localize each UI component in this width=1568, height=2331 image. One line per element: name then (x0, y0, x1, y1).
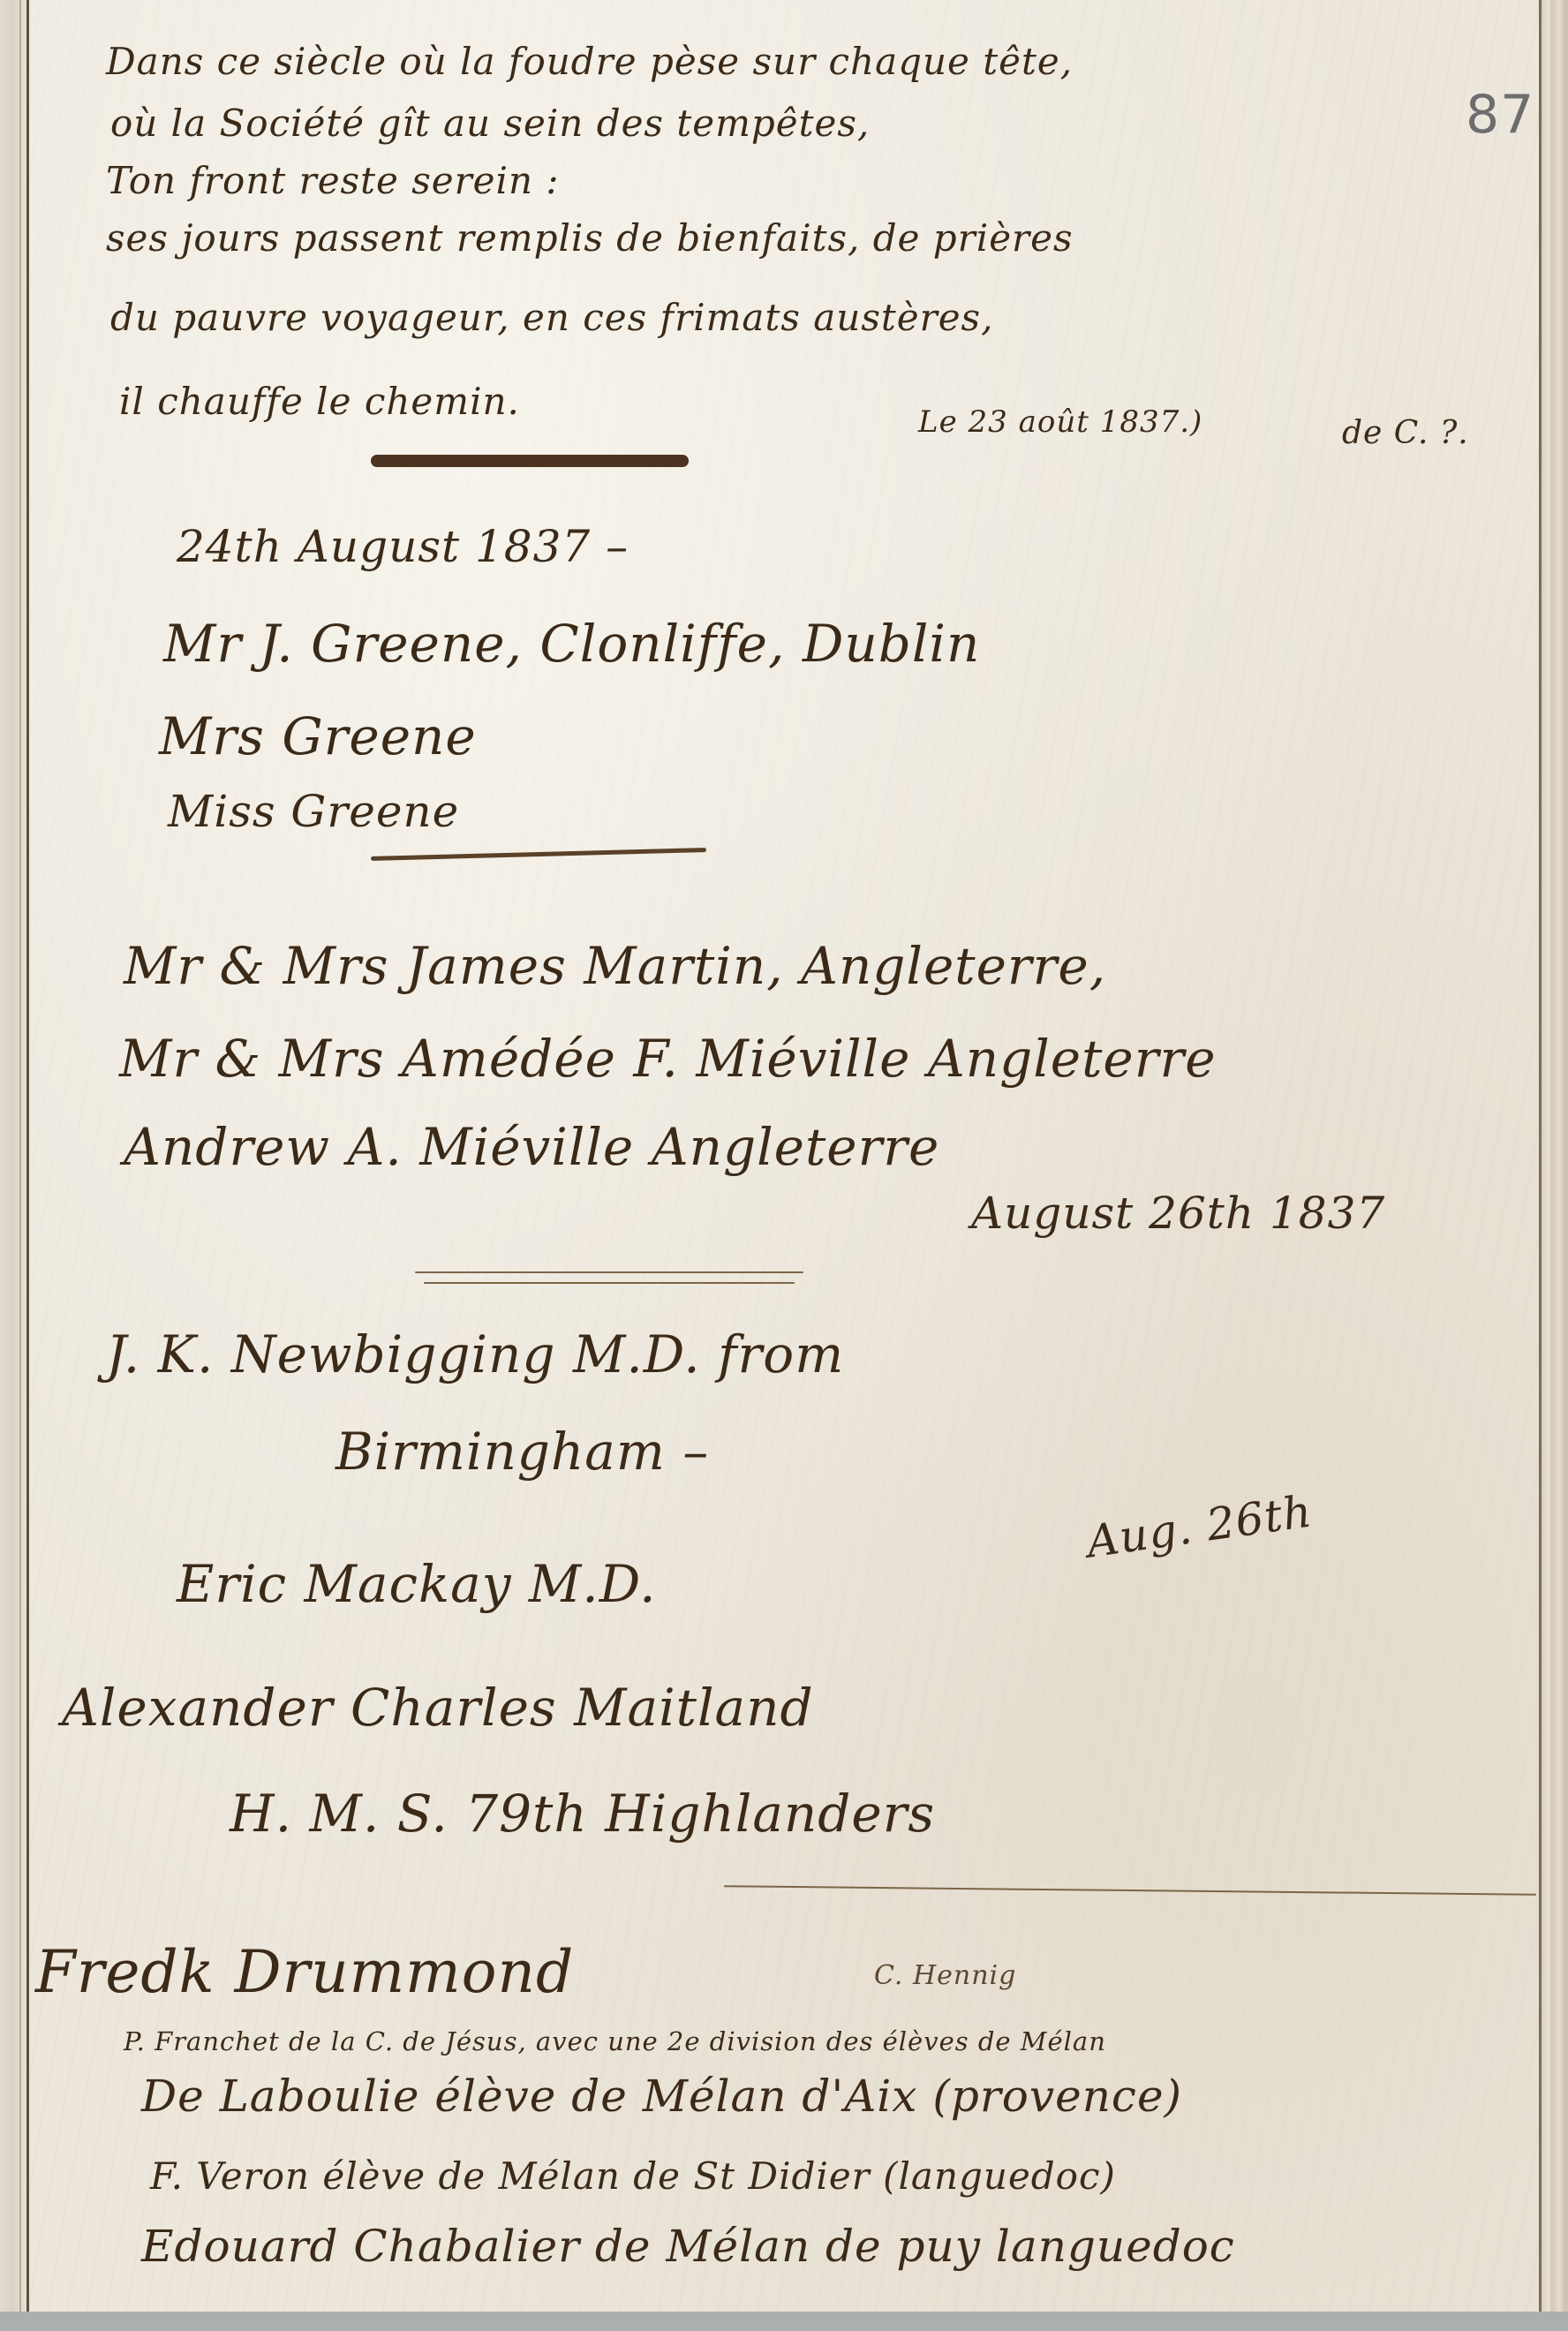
entry-2-divider-b (424, 1282, 795, 1284)
poem-line-5: du pauvre voyageur, en ces frimats austè… (110, 296, 993, 339)
entry-2-line-3: Andrew A. Miéville Angleterre (124, 1117, 939, 1177)
entry-7-line-2: De Laboulie élève de Mélan d'Aix (proven… (141, 2071, 1182, 2122)
entry-7-line-1: P. Franchet de la C. de Jésus, avec une … (124, 2026, 1106, 2056)
entry-1-line-2: Mrs Greene (159, 706, 477, 766)
entry-1-line-1: Mr J. Greene, Clonliffe, Dublin (163, 614, 980, 674)
poem-initials: de C. ?. (1342, 415, 1469, 451)
poem-line-2: où la Société gît au sein des tempêtes, (110, 102, 870, 145)
scan-background (0, 2312, 1568, 2331)
page-edges (1539, 0, 1568, 2313)
entry-1-divider (371, 848, 706, 861)
entry-5-line-2: H. M. S. 79th Highlanders (230, 1784, 935, 1844)
poem-line-4: ses jours passent remplis de bienfaits, … (106, 216, 1074, 260)
entry-4-date: Aug. 26th (1083, 1485, 1315, 1567)
entry-5-line-1: Alexander Charles Maitland (62, 1678, 814, 1738)
poem-divider (371, 455, 689, 467)
entry-3-line-2: Birmingham – (335, 1422, 709, 1482)
entry-2-divider (415, 1271, 803, 1273)
page-number: 87 (1466, 84, 1534, 146)
book-gutter (0, 0, 29, 2313)
entry-7-line-4: Edouard Chabalier de Mélan de puy langue… (141, 2221, 1235, 2272)
entry-7-line-3: F. Veron élève de Mélan de St Didier (la… (150, 2154, 1116, 2198)
entry-4-line-1: Eric Mackay M.D. (177, 1554, 657, 1614)
entry-6-annotation: C. Hennig (874, 1960, 1016, 1991)
entry-1-line-3: Miss Greene (168, 786, 459, 837)
poem-line-6: il chauffe le chemin. (119, 380, 520, 423)
entry-2-line-2: Mr & Mrs Amédée F. Miéville Angleterre (119, 1029, 1217, 1089)
entry-2-date: August 26th 1837 (971, 1188, 1385, 1239)
entry-5-divider (724, 1885, 1536, 1896)
manuscript-page: 87 Dans ce siècle où la foudre pèse sur … (0, 0, 1568, 2313)
poem-dateline: Le 23 août 1837.) (918, 404, 1202, 440)
entry-6-line-1: Fredk Drummond (35, 1938, 574, 2006)
entry-1-date: 24th August 1837 – (177, 521, 629, 572)
entry-2-line-1: Mr & Mrs James Martin, Angleterre, (124, 936, 1106, 996)
poem-line-1: Dans ce siècle où la foudre pèse sur cha… (106, 40, 1073, 83)
entry-3-line-1: J. K. Newbigging M.D. from (106, 1324, 844, 1384)
poem-line-3: Ton front reste serein : (106, 159, 560, 202)
